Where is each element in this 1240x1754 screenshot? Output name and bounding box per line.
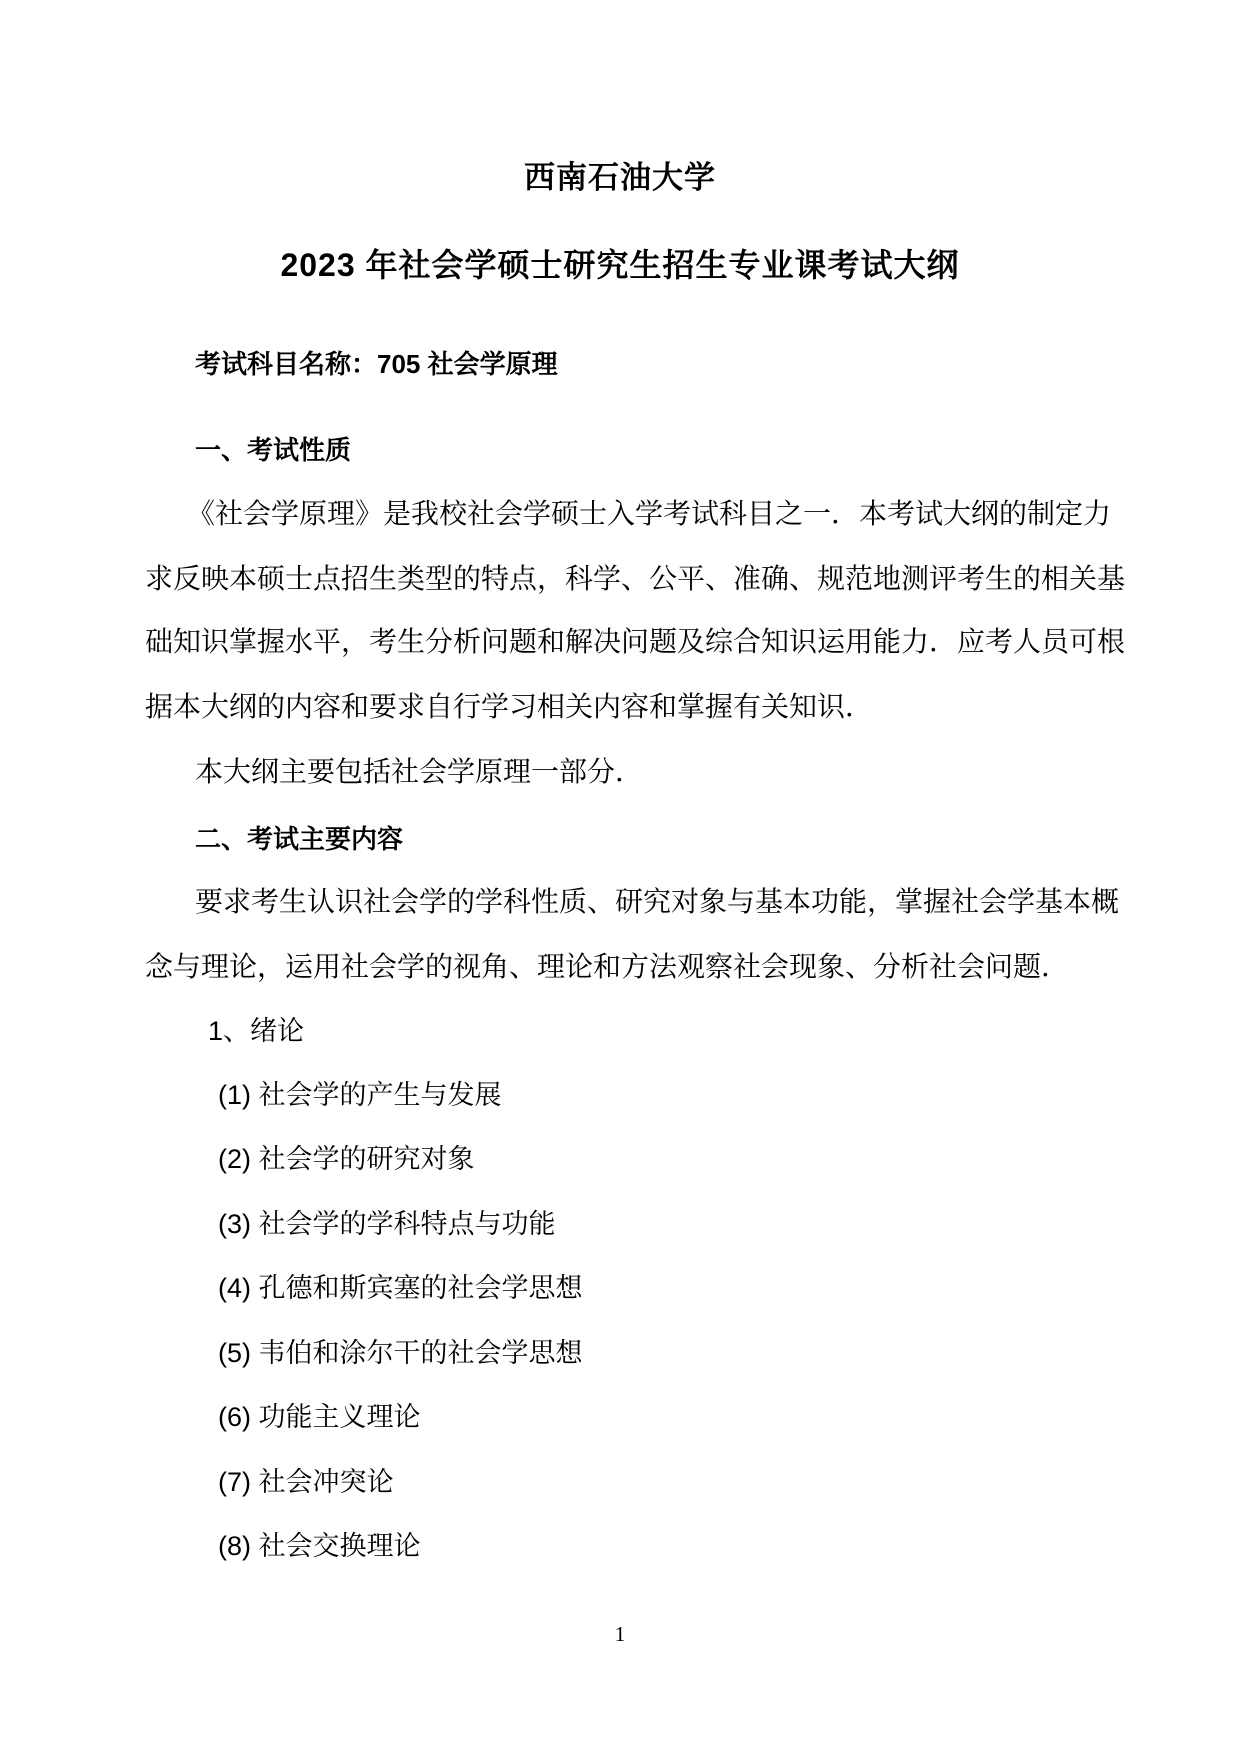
section-2-heading: 二、考试主要内容 [195,821,1095,857]
paragraph-line: 本大纲主要包括社会学原理一部分． [195,754,1095,790]
list-item: (7) 社会冲突论 [218,1464,1095,1500]
doc-title: 西南石油大学 [145,160,1095,196]
list-item: (6) 功能主义理论 [218,1399,1095,1435]
paragraph-line: 据本大纲的内容和要求自行学习相关内容和掌握有关知识． [145,689,1095,725]
section-1-heading: 一、考试性质 [195,432,1095,468]
paragraph-line: 求反映本硕士点招生类型的特点，科学、公平、准确、规范地测评考生的相关基 [145,561,1095,597]
paragraph-line: 念与理论，运用社会学的视角、理论和方法观察社会现象、分析社会问题． [145,949,1095,985]
list-item: (5) 韦伯和涂尔干的社会学思想 [218,1335,1095,1371]
paragraph-line: 础知识掌握水平，考生分析问题和解决问题及综合知识运用能力．应考人员可根 [145,624,1095,660]
page-number: 1 [0,1622,1240,1647]
list-item: (2) 社会学的研究对象 [218,1141,1095,1177]
chapter-label: 1、绪论 [208,1013,1095,1049]
list-item: (3) 社会学的学科特点与功能 [218,1206,1095,1242]
list-item: (1) 社会学的产生与发展 [218,1077,1095,1113]
paragraph-line: 要求考生认识社会学的学科性质、研究对象与基本功能，掌握社会学基本概 [195,884,1095,920]
list-item: (8) 社会交换理论 [218,1528,1095,1564]
paragraph-line: 《社会学原理》是我校社会学硕士入学考试科目之一．本考试大纲的制定力 [187,496,1095,532]
list-item: (4) 孔德和斯宾塞的社会学思想 [218,1270,1095,1306]
doc-subtitle: 2023 年社会学硕士研究生招生专业课考试大纲 [145,247,1095,283]
document-page: 西南石油大学 2023 年社会学硕士研究生招生专业课考试大纲 考试科目名称：70… [0,0,1240,1754]
subject-line: 考试科目名称：705 社会学原理 [195,346,1095,382]
